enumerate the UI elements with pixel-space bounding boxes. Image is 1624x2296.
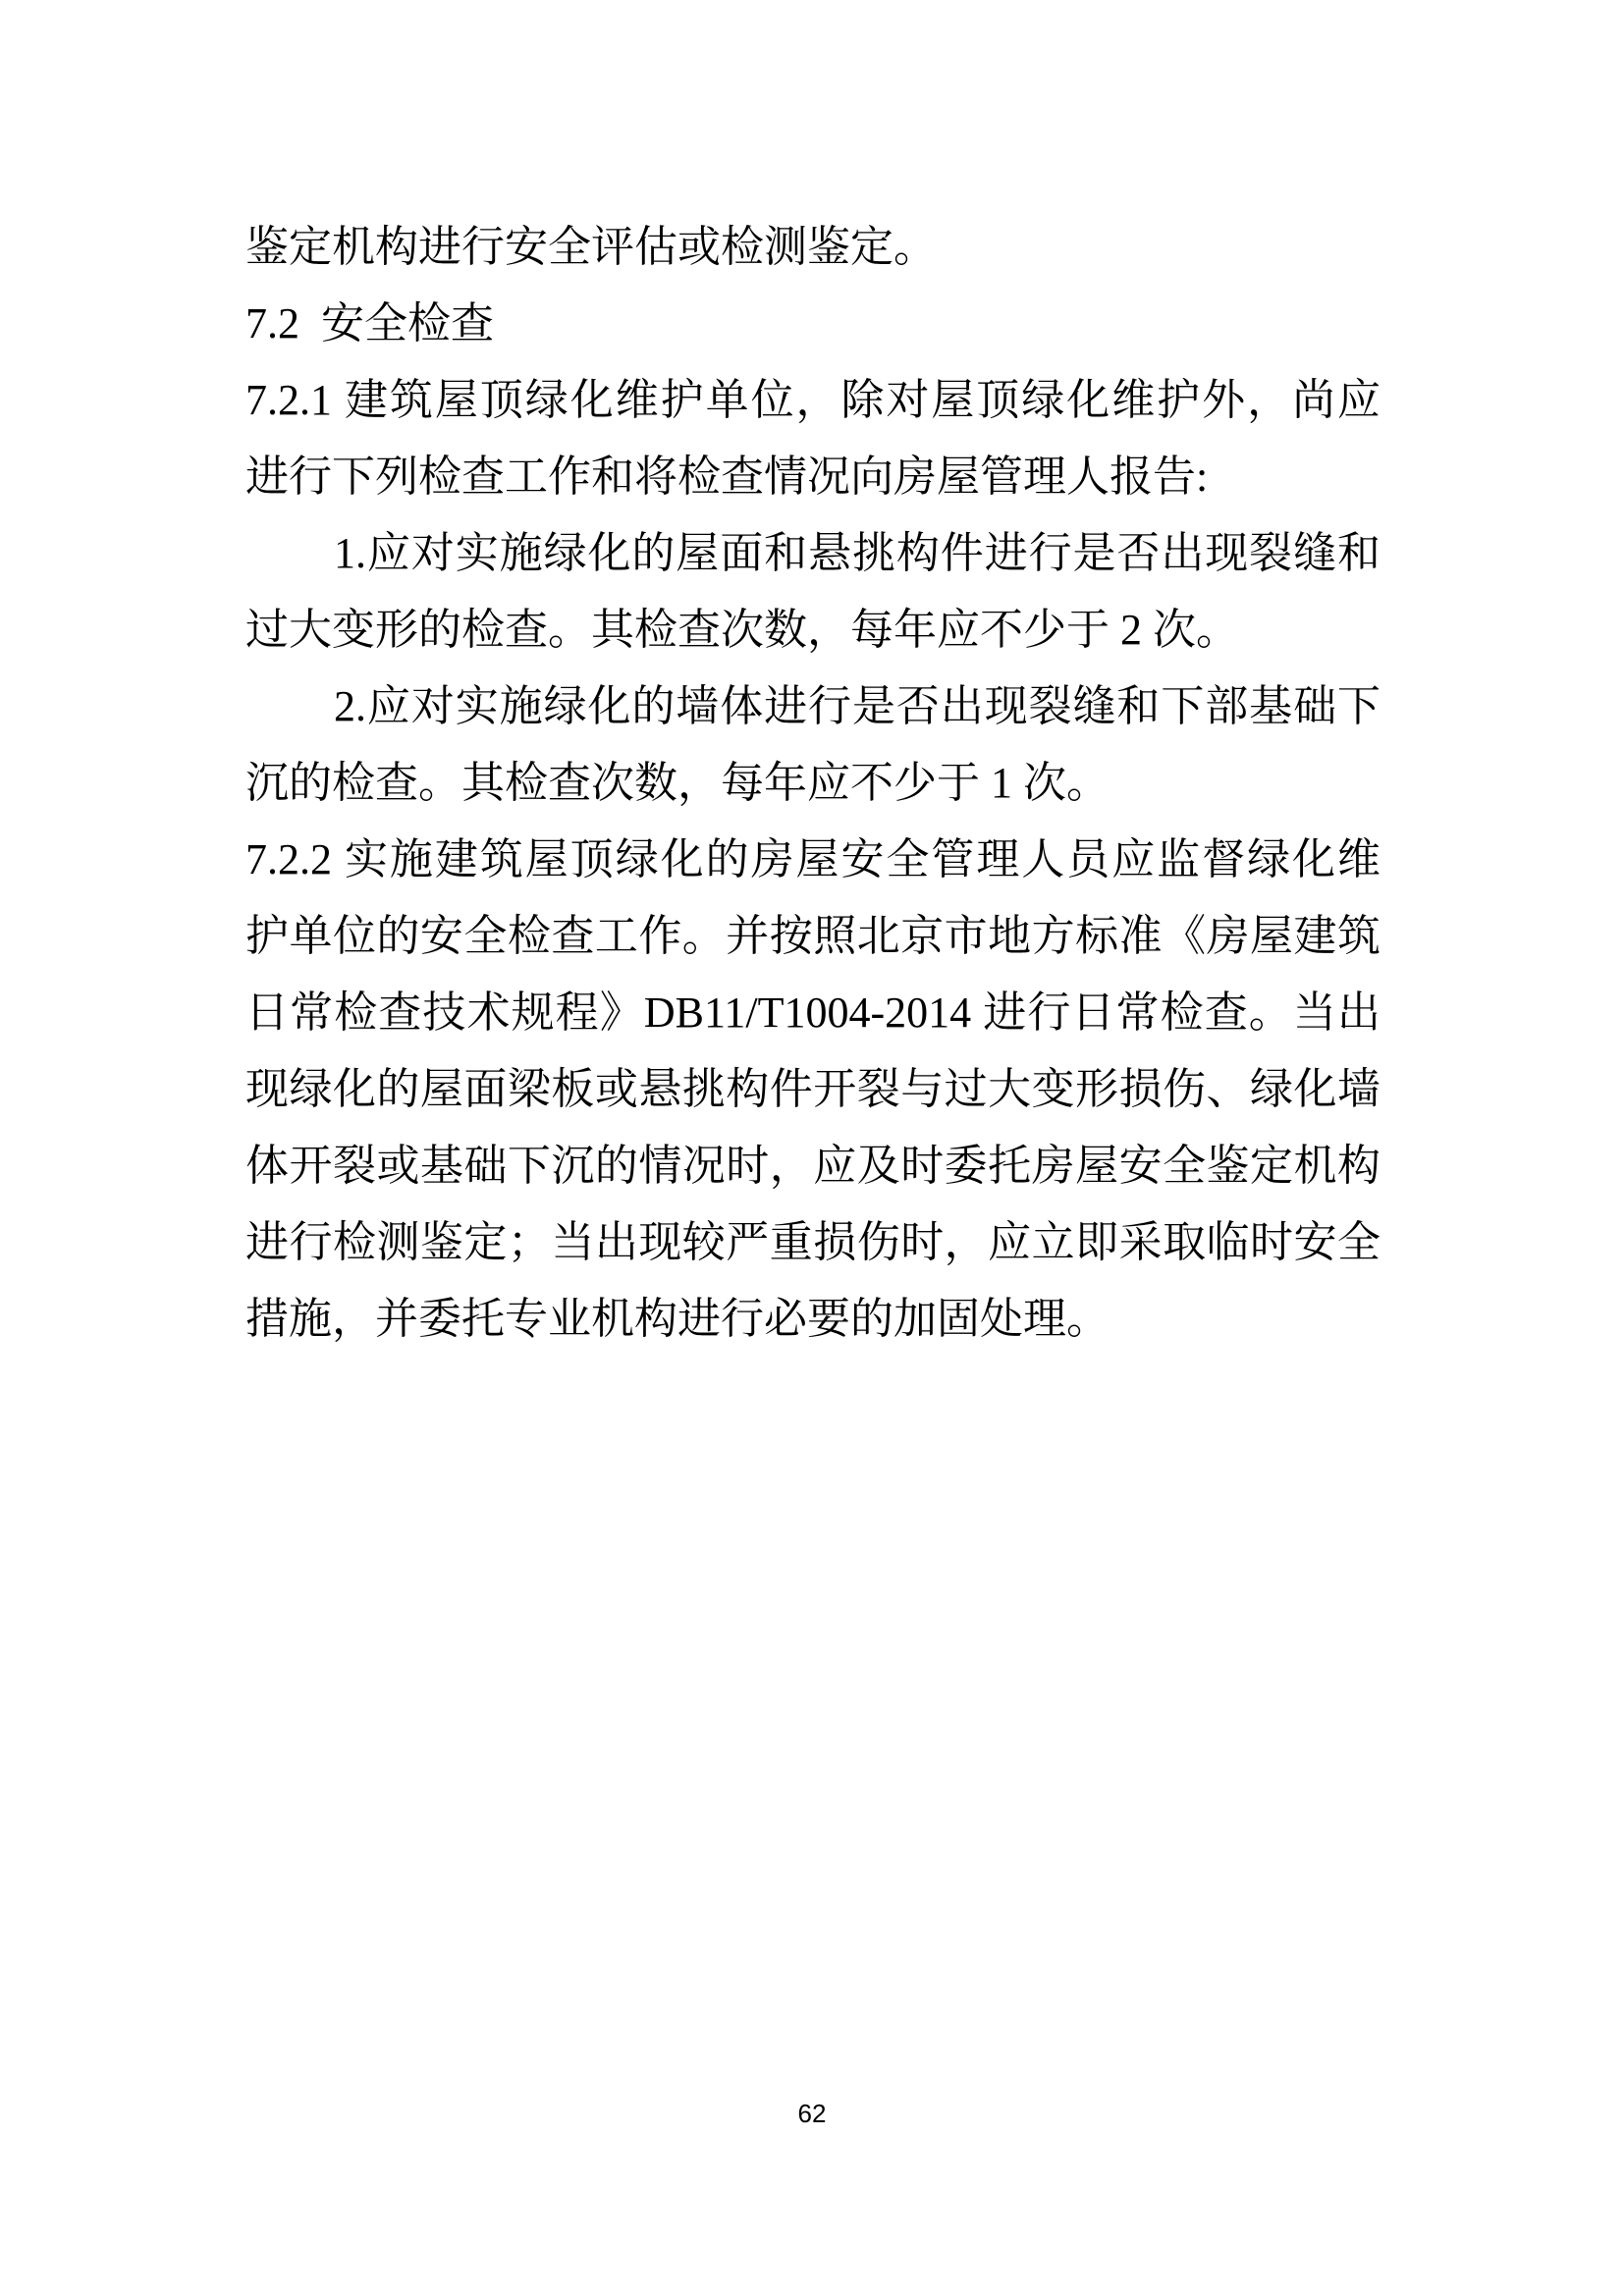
section-heading: 7.2 安全检查 xyxy=(245,286,1380,362)
text-line: 7.2.2 实施建筑屋顶绿化的房屋安全管理人员应监督绿化维 xyxy=(245,822,1380,898)
text-line: 护单位的安全检查工作。并按照北京市地方标准《房屋建筑 xyxy=(245,898,1380,975)
text-line: 沉的检查。其检查次数，每年应不少于 1 次。 xyxy=(245,745,1380,822)
text-line: 2.应对实施绿化的墙体进行是否出现裂缝和下部基础下 xyxy=(245,668,1380,745)
text-line: 进行检测鉴定；当出现较严重损伤时，应立即采取临时安全 xyxy=(245,1204,1380,1281)
text-line: 1.应对实施绿化的屋面和悬挑构件进行是否出现裂缝和 xyxy=(245,515,1380,592)
text-line: 现绿化的屋面梁板或悬挑构件开裂与过大变形损伤、绿化墙 xyxy=(245,1051,1380,1128)
text-line: 7.2.1 建筑屋顶绿化维护单位，除对屋顶绿化维护外，尚应 xyxy=(245,362,1380,439)
text-line: 措施，并委托专业机构进行必要的加固处理。 xyxy=(245,1281,1380,1358)
text-line: 过大变形的检查。其检查次数，每年应不少于 2 次。 xyxy=(245,592,1380,668)
text-line: 进行下列检查工作和将检查情况向房屋管理人报告: xyxy=(245,439,1380,515)
text-line: 日常检查技术规程》DB11/T1004-2014 进行日常检查。当出 xyxy=(245,975,1380,1051)
document-page: 鉴定机构进行安全评估或检测鉴定。 7.2 安全检查 7.2.1 建筑屋顶绿化维护… xyxy=(0,0,1624,2296)
page-number: 62 xyxy=(0,2099,1624,2128)
text-line: 体开裂或基础下沉的情况时，应及时委托房屋安全鉴定机构 xyxy=(245,1128,1380,1204)
body-text: 鉴定机构进行安全评估或检测鉴定。 7.2 安全检查 7.2.1 建筑屋顶绿化维护… xyxy=(245,209,1380,1358)
text-line: 鉴定机构进行安全评估或检测鉴定。 xyxy=(245,209,1380,286)
